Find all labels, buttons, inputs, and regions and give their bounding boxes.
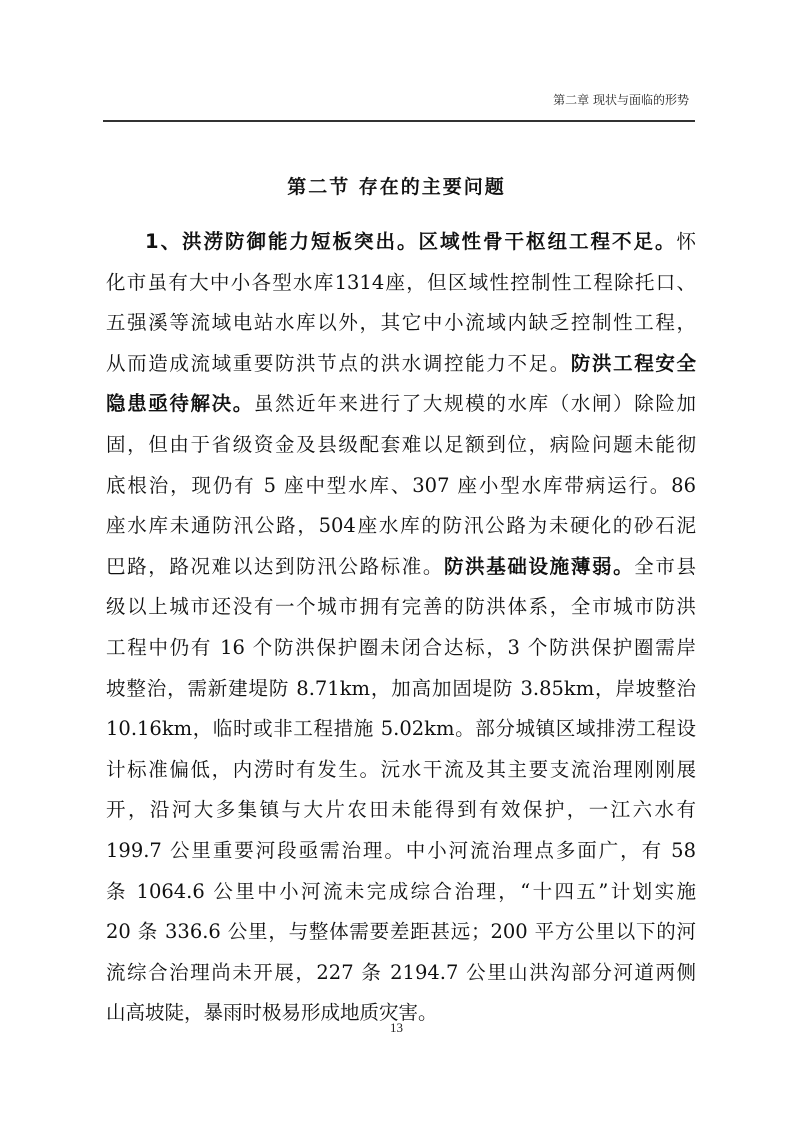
body-text: 开，沿河大多集镇与大片农田未能得到有效保护，一江六水有 (106, 798, 696, 821)
paragraph-line: 隐患亟待解决。虽然近年来进行了大规模的水库（水闸）除险加 (106, 384, 696, 425)
section-title: 第二节 存在的主要问题 (0, 172, 793, 199)
paragraph-line: 化市虽有大中小各型水库1314座，但区域性控制性工程除托口、 (106, 263, 696, 304)
body-text: 从而造成流域重要防洪节点的洪水调控能力不足。 (106, 352, 571, 375)
body-text: 虽然近年来进行了大规模的水库（水闸）除险加 (254, 392, 696, 415)
body-text: 固，但由于省级资金及县级配套难以足额到位，病险问题未能彻 (106, 433, 696, 456)
paragraph-line: 条 1064.6 公里中小河流未完成综合治理，“十四五”计划实施 (106, 872, 696, 913)
paragraph-line: 巴路，路况难以达到防汛公路标准。防洪基础设施薄弱。全市县 (106, 547, 696, 588)
body-text: 199.7 公里重要河段亟需治理。中小河流治理点多面广，有 58 (106, 839, 696, 862)
body-text: 怀 (676, 230, 696, 253)
paragraph-line: 199.7 公里重要河段亟需治理。中小河流治理点多面广，有 58 (106, 831, 696, 872)
body-text: 坡整治，需新建堤防 8.71km，加高加固堤防 3.85km，岸坡整治 (106, 677, 696, 700)
bold-heading-text: 防洪工程安全 (571, 352, 696, 375)
body-text: 座水库未通防汛公路，504座水库的防汛公路为未硬化的砂石泥 (106, 514, 696, 537)
body-text: 10.16km，临时或非工程措施 5.02km。部分城镇区域排涝工程设 (106, 717, 696, 740)
bold-heading-text: 隐患亟待解决。 (106, 392, 254, 415)
body-text: 底根治，现仍有 5 座中型水库、307 座小型水库带病运行。86 (106, 474, 696, 497)
bold-heading-text: 防洪基础设施薄弱。 (444, 555, 634, 578)
paragraph-line: 工程中仍有 16 个防洪保护圈未闭合达标，3 个防洪保护圈需岸 (106, 628, 696, 669)
body-paragraph: 1、洪涝防御能力短板突出。区域性骨干枢纽工程不足。怀 化市虽有大中小各型水库13… (106, 222, 696, 1034)
paragraph-line: 计标准偏低，内涝时有发生。沅水干流及其主要支流治理刚刚展 (106, 750, 696, 791)
paragraph-line: 底根治，现仍有 5 座中型水库、307 座小型水库带病运行。86 (106, 466, 696, 507)
header-divider (103, 120, 695, 122)
body-text: 级以上城市还没有一个城市拥有完善的防洪体系，全市城市防洪 (106, 595, 696, 618)
paragraph-line: 级以上城市还没有一个城市拥有完善的防洪体系，全市城市防洪 (106, 587, 696, 628)
body-text: 全市县 (634, 555, 696, 578)
page-number: 13 (0, 1020, 793, 1036)
paragraph-line: 座水库未通防汛公路，504座水库的防汛公路为未硬化的砂石泥 (106, 506, 696, 547)
body-text: 流综合治理尚未开展，227 条 2194.7 公里山洪沟部分河道两侧 (106, 961, 696, 984)
paragraph-line: 坡整治，需新建堤防 8.71km，加高加固堤防 3.85km，岸坡整治 (106, 669, 696, 710)
paragraph-line: 固，但由于省级资金及县级配套难以足额到位，病险问题未能彻 (106, 425, 696, 466)
paragraph-line: 流综合治理尚未开展，227 条 2194.7 公里山洪沟部分河道两侧 (106, 953, 696, 994)
body-text: 计标准偏低，内涝时有发生。沅水干流及其主要支流治理刚刚展 (106, 758, 696, 781)
body-text: 条 1064.6 公里中小河流未完成综合治理，“十四五”计划实施 (106, 880, 696, 903)
body-text: 巴路，路况难以达到防汛公路标准。 (106, 555, 444, 578)
paragraph-line: 五强溪等流域电站水库以外，其它中小流域内缺乏控制性工程， (106, 303, 696, 344)
body-text: 工程中仍有 16 个防洪保护圈未闭合达标，3 个防洪保护圈需岸 (106, 636, 696, 659)
paragraph-line: 开，沿河大多集镇与大片农田未能得到有效保护，一江六水有 (106, 790, 696, 831)
paragraph-line: 从而造成流域重要防洪节点的洪水调控能力不足。防洪工程安全 (106, 344, 696, 385)
body-text: 化市虽有大中小各型水库1314座，但区域性控制性工程除托口、 (106, 271, 696, 294)
bold-heading-text: 1、洪涝防御能力短板突出。区域性骨干枢纽工程不足。 (145, 230, 676, 253)
paragraph-line: 20 条 336.6 公里，与整体需要差距甚远；200 平方公里以下的河 (106, 912, 696, 953)
body-text: 20 条 336.6 公里，与整体需要差距甚远；200 平方公里以下的河 (106, 920, 696, 943)
paragraph-line: 1、洪涝防御能力短板突出。区域性骨干枢纽工程不足。怀 (106, 222, 696, 263)
paragraph-line: 10.16km，临时或非工程措施 5.02km。部分城镇区域排涝工程设 (106, 709, 696, 750)
running-header-chapter: 第二章 现状与面临的形势 (553, 91, 689, 108)
body-text: 五强溪等流域电站水库以外，其它中小流域内缺乏控制性工程， (106, 311, 696, 334)
